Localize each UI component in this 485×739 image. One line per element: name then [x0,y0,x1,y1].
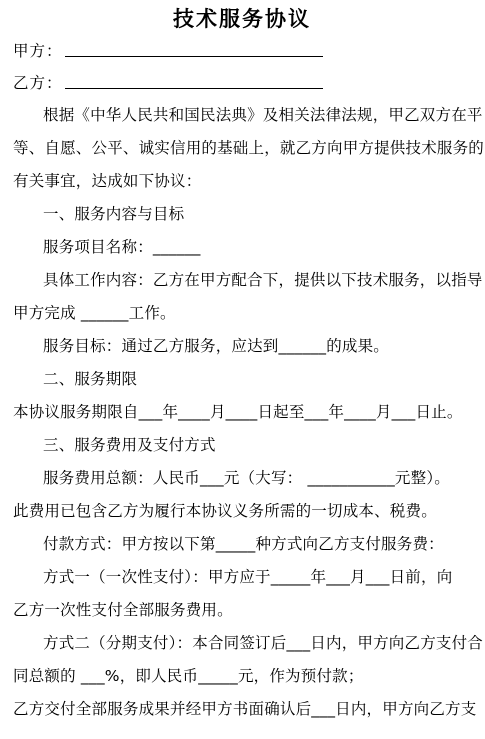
fee-total-line-2: 此费用已包含乙方为履行本协议义务所需的一切成本、税费。 [13,495,471,528]
document-title: 技术服务协议 [13,3,471,35]
party-a-blank-line[interactable] [65,41,323,57]
section-2-heading: 二、服务期限 [13,363,471,396]
work-content-line-1: 具体工作内容：乙方在甲方配合下，提供以下技术服务，以指导 [13,264,471,297]
payment-option-1-line-2: 乙方一次性支付全部服务费用。 [13,594,471,627]
service-term-line: 本协议服务期限自___年____月____日起至___年____月___日止。 [13,396,471,429]
preamble-line-1: 根据《中华人民共和国民法典》及相关法律法规，甲乙双方在平 [13,99,471,132]
service-project-name-line: 服务项目名称：______ [13,231,471,264]
payment-option-2-line-3: 乙方交付全部服务成果并经甲方书面确认后___日内，甲方向乙方支 [13,693,471,726]
payment-option-2-line-2: 同总额的 ___%，即人民币_____元，作为预付款； [13,660,471,693]
section-3-heading: 三、服务费用及支付方式 [13,429,471,462]
preamble-line-2: 等、自愿、公平、诚实信用的基础上，就乙方向甲方提供技术服务的 [13,132,471,165]
work-content-line-2: 甲方完成 ______工作。 [13,297,471,330]
service-goal-line: 服务目标：通过乙方服务，应达到______的成果。 [13,330,471,363]
payment-option-2-line-1: 方式二（分期支付）：本合同签订后___日内，甲方向乙方支付合 [13,627,471,660]
party-b-label: 乙方： [13,74,63,92]
party-a-row: 甲方： [13,35,471,67]
party-a-label: 甲方： [13,42,63,60]
payment-option-1-line-1: 方式一（一次性支付）：甲方应于_____年___月___日前，向 [13,561,471,594]
payment-method-line: 付款方式：甲方按以下第_____种方式向乙方支付服务费： [13,528,471,561]
party-b-blank-line[interactable] [65,73,323,89]
party-b-row: 乙方： [13,67,471,99]
preamble-line-3: 有关事宜，达成如下协议： [13,165,471,198]
agreement-document: 技术服务协议 甲方： 乙方： 根据《中华人民共和国民法典》及相关法律法规，甲乙双… [0,0,485,726]
fee-total-line-1: 服务费用总额：人民币___元（大写： ___________元整）。 [13,462,471,495]
section-1-heading: 一、服务内容与目标 [13,198,471,231]
